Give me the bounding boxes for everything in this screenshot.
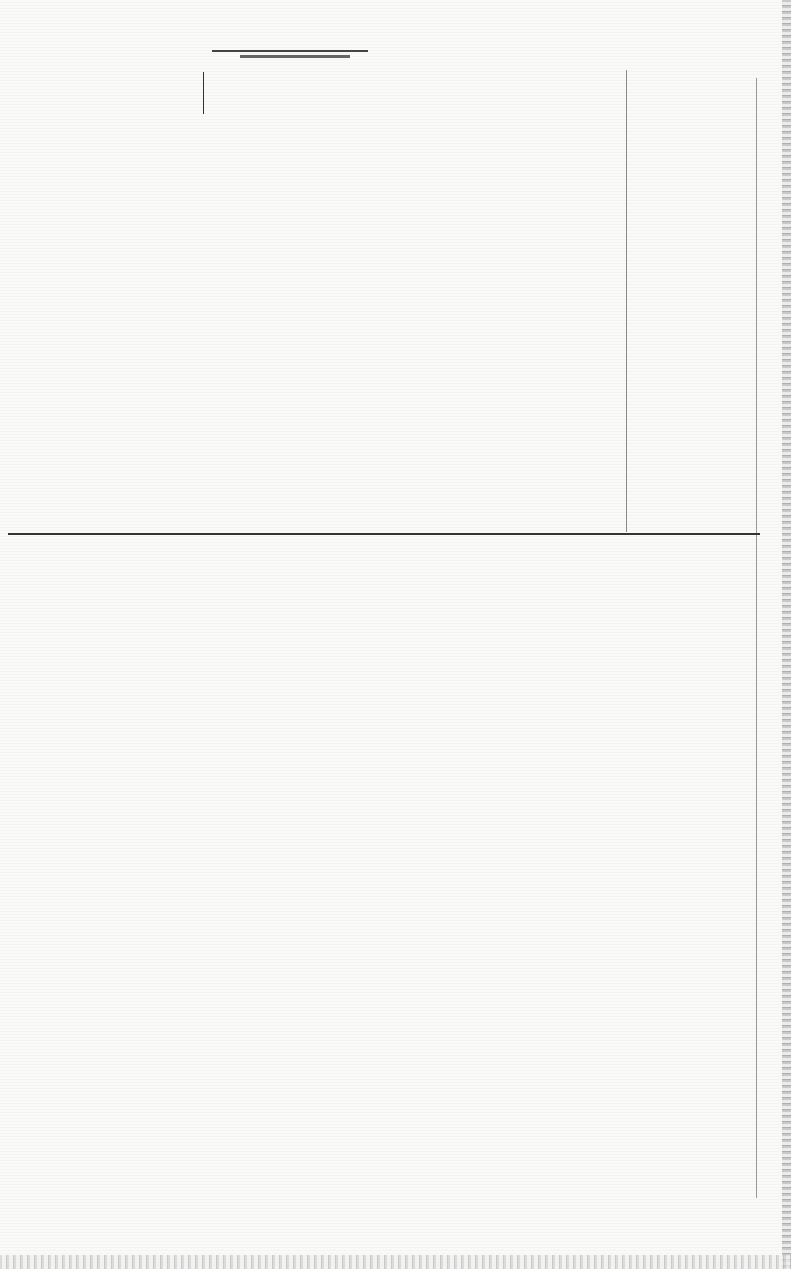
page-edge-right [782,0,791,1269]
margin-rule-outer [756,78,757,1198]
insertion-mark [203,72,204,114]
margin-rule-inner [626,70,627,532]
page-edge-bottom [0,1255,791,1269]
title-double-underline [240,55,350,58]
manuscript-page [0,0,791,1269]
section-divider [8,533,760,535]
title-underline [212,50,368,52]
